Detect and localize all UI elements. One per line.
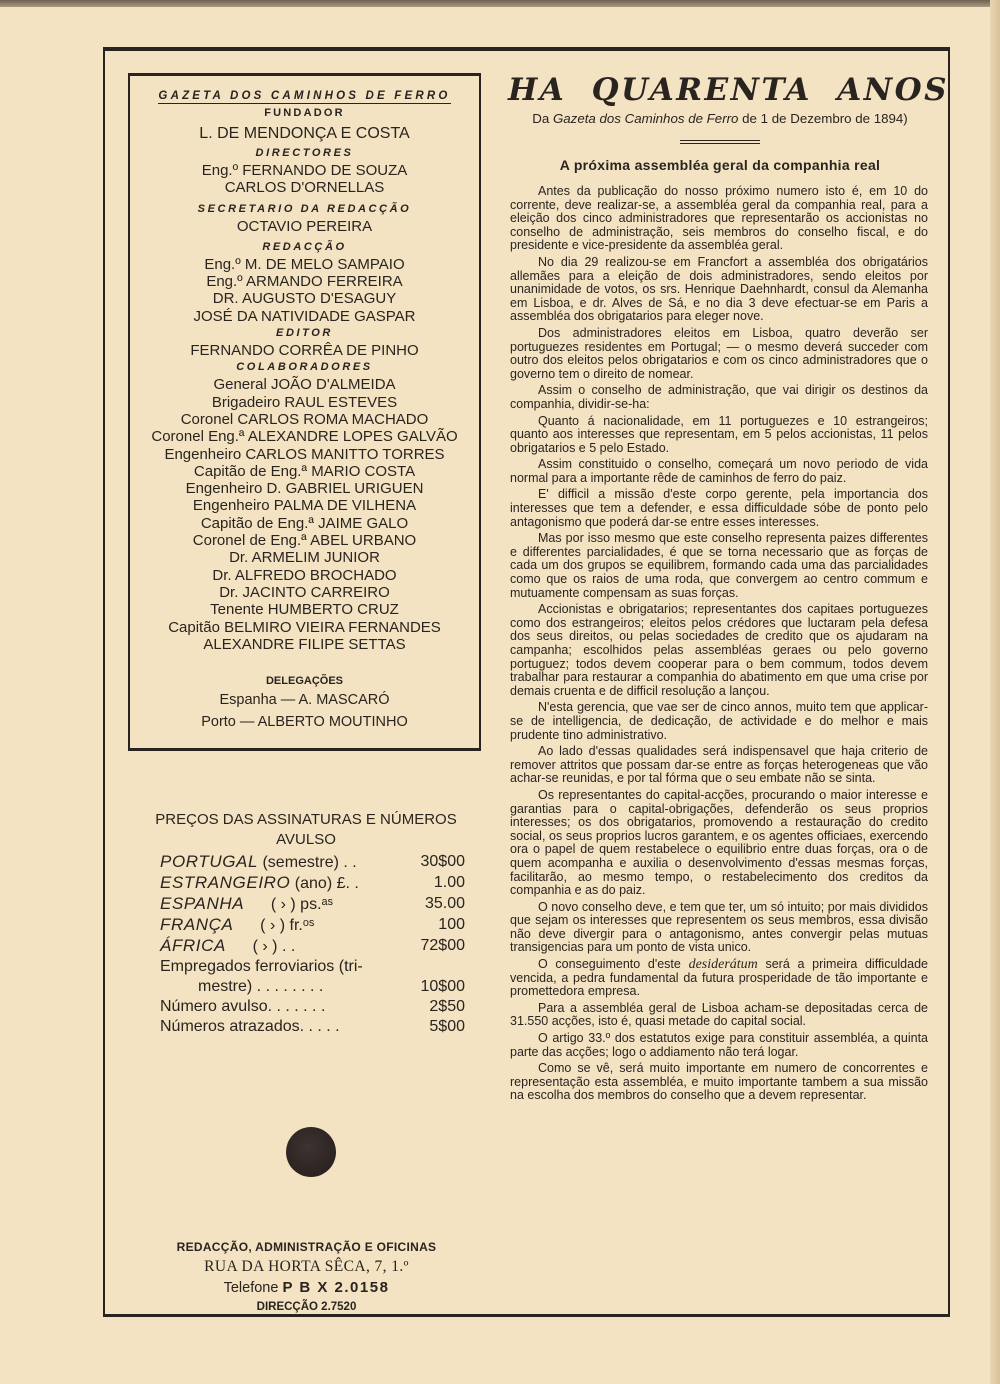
price-label: Número avulso. . . . . . .: [160, 997, 393, 1017]
article-body: Antes da publicação do nosso próximo num…: [508, 185, 932, 1103]
price-label: PORTUGAL (semestre) . .: [160, 852, 393, 873]
double-rule-divider: [680, 140, 760, 144]
address-block: REDACÇÃO, ADMINISTRAÇÃO E OFICINAS RUA D…: [128, 1237, 485, 1315]
contributor-name: ALEXANDRE FILIPE SETTAS: [130, 636, 479, 653]
contributor-name: Capitão de Eng.ª JAIME GALO: [130, 515, 479, 532]
editor-name: FERNANDO CORRÊA DE PINHO: [130, 342, 479, 359]
contributors-list: General JOÃO D'ALMEIDABrigadeiro RAUL ES…: [130, 376, 479, 653]
page-right-edge: [990, 0, 1000, 1384]
source-date: de 1 de Dezembro de 1894): [742, 111, 908, 126]
price-value: [393, 957, 465, 977]
left-column: GAZETA DOS CAMINHOS DE FERRO FUNDADOR L.…: [128, 73, 485, 1315]
price-label: ÁFRICA ( › ) . .: [160, 936, 393, 957]
editorial-label: REDACÇÃO: [130, 239, 479, 256]
staff-box: GAZETA DOS CAMINHOS DE FERRO FUNDADOR L.…: [128, 73, 481, 751]
founder-name: L. DE MENDONÇA E COSTA: [130, 122, 479, 145]
page-top-edge: [0, 0, 1000, 7]
article-paragraph: Mas por isso mesmo que este conselho rep…: [510, 532, 928, 600]
price-row: Empregados ferroviarios (tri-: [160, 957, 465, 977]
contributor-name: General JOÃO D'ALMEIDA: [130, 376, 479, 393]
director-name: Eng.º FERNANDO DE SOUZA: [130, 162, 479, 179]
phone-number: P B X 2.0158: [282, 1279, 389, 1296]
editorial-member: DR. AUGUSTO D'ESAGUY: [130, 290, 479, 307]
contributor-name: Engenheiro D. GABRIEL URIGUEN: [130, 480, 479, 497]
article-source: Da Gazeta dos Caminhos de Ferro de 1 de …: [508, 110, 932, 128]
article-paragraph: O artigo 33.º dos estatutos exige para c…: [510, 1032, 928, 1059]
article-paragraph: O conseguimento d'este desiderátum será …: [510, 958, 928, 999]
contributor-name: Tenente HUMBERTO CRUZ: [130, 601, 479, 618]
article-title: A próxima assembléa geral da companhia r…: [508, 156, 932, 174]
article-paragraph: N'esta gerencia, que vae ser de cinco an…: [510, 701, 928, 742]
source-prefix: Da: [532, 111, 549, 126]
contributor-name: Engenheiro PALMA DE VILHENA: [130, 497, 479, 514]
directors-label: DIRECTORES: [130, 145, 479, 162]
delegation-item: Espanha — A. MASCARÓ: [130, 689, 479, 711]
director-name: CARLOS D'ORNELLAS: [130, 179, 479, 196]
article-paragraph: No dia 29 realizou-se em Francfort a ass…: [510, 256, 928, 324]
contributor-name: Brigadeiro RAUL ESTEVES: [130, 394, 479, 411]
contributor-name: Engenheiro CARLOS MANITTO TORRES: [130, 446, 479, 463]
price-value: 30$00: [393, 852, 465, 873]
price-label: ESTRANGEIRO (ano) £. .: [160, 873, 393, 894]
article-column: HA QUARENTA ANOS Da Gazeta dos Caminhos …: [508, 70, 932, 1106]
price-row: ESPANHA ( › ) ps.ᵃˢ35.00: [160, 894, 465, 915]
article-paragraph: Para a assembléa geral de Lisboa acham-s…: [510, 1002, 928, 1029]
article-paragraph: Quanto á nacionalidade, em 11 portugueze…: [510, 415, 928, 456]
price-label: Empregados ferroviarios (tri-: [160, 957, 393, 977]
direction-phone: DIRECÇÃO 2.7520: [128, 1299, 485, 1315]
price-table: PORTUGAL (semestre) . .30$00ESTRANGEIRO …: [160, 852, 465, 1037]
price-row: FRANÇA ( › ) fr.ᵒˢ100: [160, 915, 465, 936]
article-paragraph: Assim constituido o conselho, começará u…: [510, 458, 928, 485]
article-paragraph: Ao lado d'essas qualidades será indispen…: [510, 745, 928, 786]
article-paragraph: E' difficil a missão d'este corpo gerent…: [510, 488, 928, 529]
editorial-member: Eng.º M. DE MELO SAMPAIO: [130, 256, 479, 273]
street-address: RUA DA HORTA SÊCA, 7, 1.º: [128, 1257, 485, 1277]
source-publication: Gazeta dos Caminhos de Ferro: [553, 111, 739, 126]
contributor-name: Capitão de Eng.ª MARIO COSTA: [130, 463, 479, 480]
contributor-name: Coronel Eng.ª ALEXANDRE LOPES GALVÃO: [130, 428, 479, 445]
contributor-name: Coronel CARLOS ROMA MACHADO: [130, 411, 479, 428]
article-paragraph: Accionistas e obrigatarios; representant…: [510, 603, 928, 698]
editorial-member: JOSÉ DA NATIVIDADE GASPAR: [130, 308, 479, 325]
article-paragraph: Assim o conselho de administração, que v…: [510, 384, 928, 411]
price-row: PORTUGAL (semestre) . .30$00: [160, 852, 465, 873]
contributor-name: Dr. ARMELIM JUNIOR: [130, 549, 479, 566]
price-label: FRANÇA ( › ) fr.ᵒˢ: [160, 915, 393, 936]
price-value: 2$50: [393, 997, 465, 1017]
price-value: 5$00: [393, 1017, 465, 1037]
contributors-label: COLABORADORES: [130, 359, 479, 376]
article-paragraph: O novo conselho deve, e tem que ter, um …: [510, 901, 928, 955]
price-label: ESPANHA ( › ) ps.ᵃˢ: [160, 894, 393, 915]
delegations-label: DELEGAÇÕES: [130, 673, 479, 689]
prices-title: PREÇOS DAS ASSINATURAS E NÚMEROS AVULSO: [136, 810, 476, 850]
publication-name: GAZETA DOS CAMINHOS DE FERRO: [158, 90, 450, 104]
price-label: mestre) . . . . . . . .: [160, 977, 393, 997]
editor-label: EDITOR: [130, 325, 479, 342]
article-paragraph: Os representantes do capital-acções, pro…: [510, 789, 928, 898]
contributor-name: Capitão BELMIRO VIEIRA FERNANDES: [130, 619, 479, 636]
price-row: Número avulso. . . . . . .2$50: [160, 997, 465, 1017]
section-headline: HA QUARENTA ANOS: [508, 70, 932, 110]
contributor-name: Coronel de Eng.ª ABEL URBANO: [130, 532, 479, 549]
delegation-item: Porto — ALBERTO MOUTINHO: [130, 711, 479, 733]
price-value: 72$00: [393, 936, 465, 957]
secretary-label: SECRETARIO DA REDACÇÃO: [130, 201, 479, 218]
price-row: Números atrazados. . . . .5$00: [160, 1017, 465, 1037]
telephone: Telefone P B X 2.0158: [128, 1277, 485, 1299]
article-paragraph: Antes da publicação do nosso próximo num…: [510, 185, 928, 253]
contributor-name: Dr. JACINTO CARREIRO: [130, 584, 479, 601]
prices-title-line: AVULSO: [136, 830, 476, 850]
price-value: 100: [393, 915, 465, 936]
price-value: 10$00: [393, 977, 465, 997]
article-paragraph: Como se vê, será muito importante em num…: [510, 1062, 928, 1103]
phone-label: Telefone: [224, 1280, 279, 1296]
contributor-name: Dr. ALFREDO BROCHADO: [130, 567, 479, 584]
article-paragraph: Dos administradores eleitos em Lisboa, q…: [510, 327, 928, 381]
price-value: 1.00: [393, 873, 465, 894]
price-row: ESTRANGEIRO (ano) £. .1.00: [160, 873, 465, 894]
price-row: ÁFRICA ( › ) . .72$00: [160, 936, 465, 957]
editorial-member: Eng.º ARMANDO FERREIRA: [130, 273, 479, 290]
address-heading: REDACÇÃO, ADMINISTRAÇÃO E OFICINAS: [128, 1237, 485, 1257]
price-row: mestre) . . . . . . . .10$00: [160, 977, 465, 997]
secretary-name: OCTAVIO PEREIRA: [130, 218, 479, 235]
price-label: Números atrazados. . . . .: [160, 1017, 393, 1037]
seal-emblem-icon: [286, 1127, 336, 1177]
price-value: 35.00: [393, 894, 465, 915]
prices-title-line: PREÇOS DAS ASSINATURAS E NÚMEROS: [136, 810, 476, 830]
founder-label: FUNDADOR: [130, 104, 479, 122]
subscription-prices: PREÇOS DAS ASSINATURAS E NÚMEROS AVULSO …: [128, 810, 485, 1037]
